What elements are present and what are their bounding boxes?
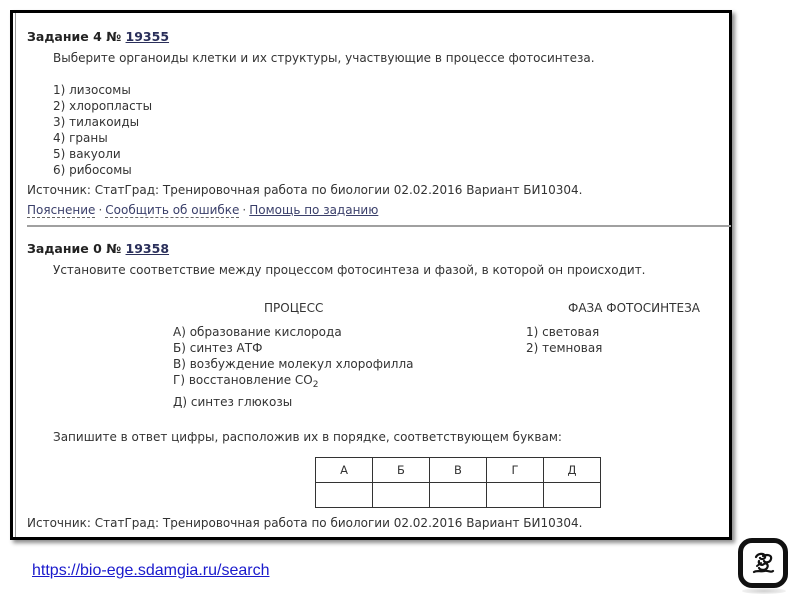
link-separator: · bbox=[239, 203, 249, 217]
task-2-source: Источник: СтатГрад: Тренировочная работа… bbox=[27, 515, 582, 531]
answer-table-input-row bbox=[316, 483, 601, 508]
link-separator: · bbox=[95, 203, 105, 217]
answer-table-header-row: А Б В Г Д bbox=[316, 458, 601, 483]
screenshot-frame: Задание 4 № 19355 Выберите органоиды кле… bbox=[10, 10, 732, 540]
task-1-links: Пояснение·Сообщить об ошибке·Помощь по з… bbox=[27, 203, 378, 217]
process-item: Г) восстановление CO2 bbox=[173, 372, 413, 394]
answer-input-cell[interactable] bbox=[487, 483, 544, 508]
explanation-link[interactable]: Пояснение bbox=[27, 203, 95, 218]
task-1-option: 2) хлоропласты bbox=[53, 98, 152, 114]
answer-input-cell[interactable] bbox=[373, 483, 430, 508]
task-divider bbox=[27, 225, 731, 227]
phase-item: 2) темновая bbox=[526, 340, 602, 356]
phase-list: 1) световая 2) темновая bbox=[526, 324, 602, 356]
answer-table: А Б В Г Д bbox=[315, 457, 601, 508]
answer-instruction: Запишите в ответ цифры, расположив их в … bbox=[53, 429, 562, 445]
process-item: В) возбуждение молекул хлорофилла bbox=[173, 356, 413, 372]
process-item-text: Г) восстановление CO bbox=[173, 373, 313, 387]
task-1-option: 4) граны bbox=[53, 130, 152, 146]
help-link[interactable]: Помощь по заданию bbox=[249, 203, 378, 217]
task-2-title: Задание 0 № 19358 bbox=[27, 241, 169, 256]
logo-glyph-icon bbox=[748, 548, 778, 578]
answer-header-cell: А bbox=[316, 458, 373, 483]
answer-input-cell[interactable] bbox=[430, 483, 487, 508]
task-1-options: 1) лизосомы 2) хлоропласты 3) тилакоиды … bbox=[53, 82, 152, 178]
logo-shadow bbox=[742, 588, 786, 594]
process-item: Б) синтез АТФ bbox=[173, 340, 413, 356]
task-2-title-prefix: Задание 0 № bbox=[27, 241, 121, 256]
task-1-option: 6) рибосомы bbox=[53, 162, 152, 178]
answer-header-cell: В bbox=[430, 458, 487, 483]
sdamgia-logo-icon bbox=[738, 538, 788, 588]
answer-input-cell[interactable] bbox=[316, 483, 373, 508]
source-url-link[interactable]: https://bio-ege.sdamgia.ru/search bbox=[32, 562, 269, 580]
task-2-question: Установите соответствие между процессом … bbox=[53, 262, 646, 278]
phase-column-header: ФАЗА ФОТОСИНТЕЗА bbox=[568, 301, 700, 315]
task-2-number-link[interactable]: 19358 bbox=[126, 241, 170, 256]
process-item: А) образование кислорода bbox=[173, 324, 413, 340]
answer-header-cell: Д bbox=[544, 458, 601, 483]
co2-subscript: 2 bbox=[313, 380, 319, 390]
process-column-header: ПРОЦЕСС bbox=[264, 301, 323, 315]
task-1-option: 1) лизосомы bbox=[53, 82, 152, 98]
report-error-link[interactable]: Сообщить об ошибке bbox=[105, 203, 239, 218]
answer-header-cell: Б bbox=[373, 458, 430, 483]
task-1-title-prefix: Задание 4 № bbox=[27, 29, 121, 44]
task-1-option: 5) вакуоли bbox=[53, 146, 152, 162]
task-1-number-link[interactable]: 19355 bbox=[126, 29, 170, 44]
task-1-source: Источник: СтатГрад: Тренировочная работа… bbox=[27, 182, 582, 198]
answer-input-cell[interactable] bbox=[544, 483, 601, 508]
phase-item: 1) световая bbox=[526, 324, 602, 340]
task-1-option: 3) тилакоиды bbox=[53, 114, 152, 130]
task-1-question: Выберите органоиды клетки и их структуры… bbox=[53, 50, 595, 66]
answer-header-cell: Г bbox=[487, 458, 544, 483]
process-list: А) образование кислорода Б) синтез АТФ В… bbox=[173, 324, 413, 410]
task-1-title: Задание 4 № 19355 bbox=[27, 29, 169, 44]
process-item: Д) синтез глюкозы bbox=[173, 394, 413, 410]
